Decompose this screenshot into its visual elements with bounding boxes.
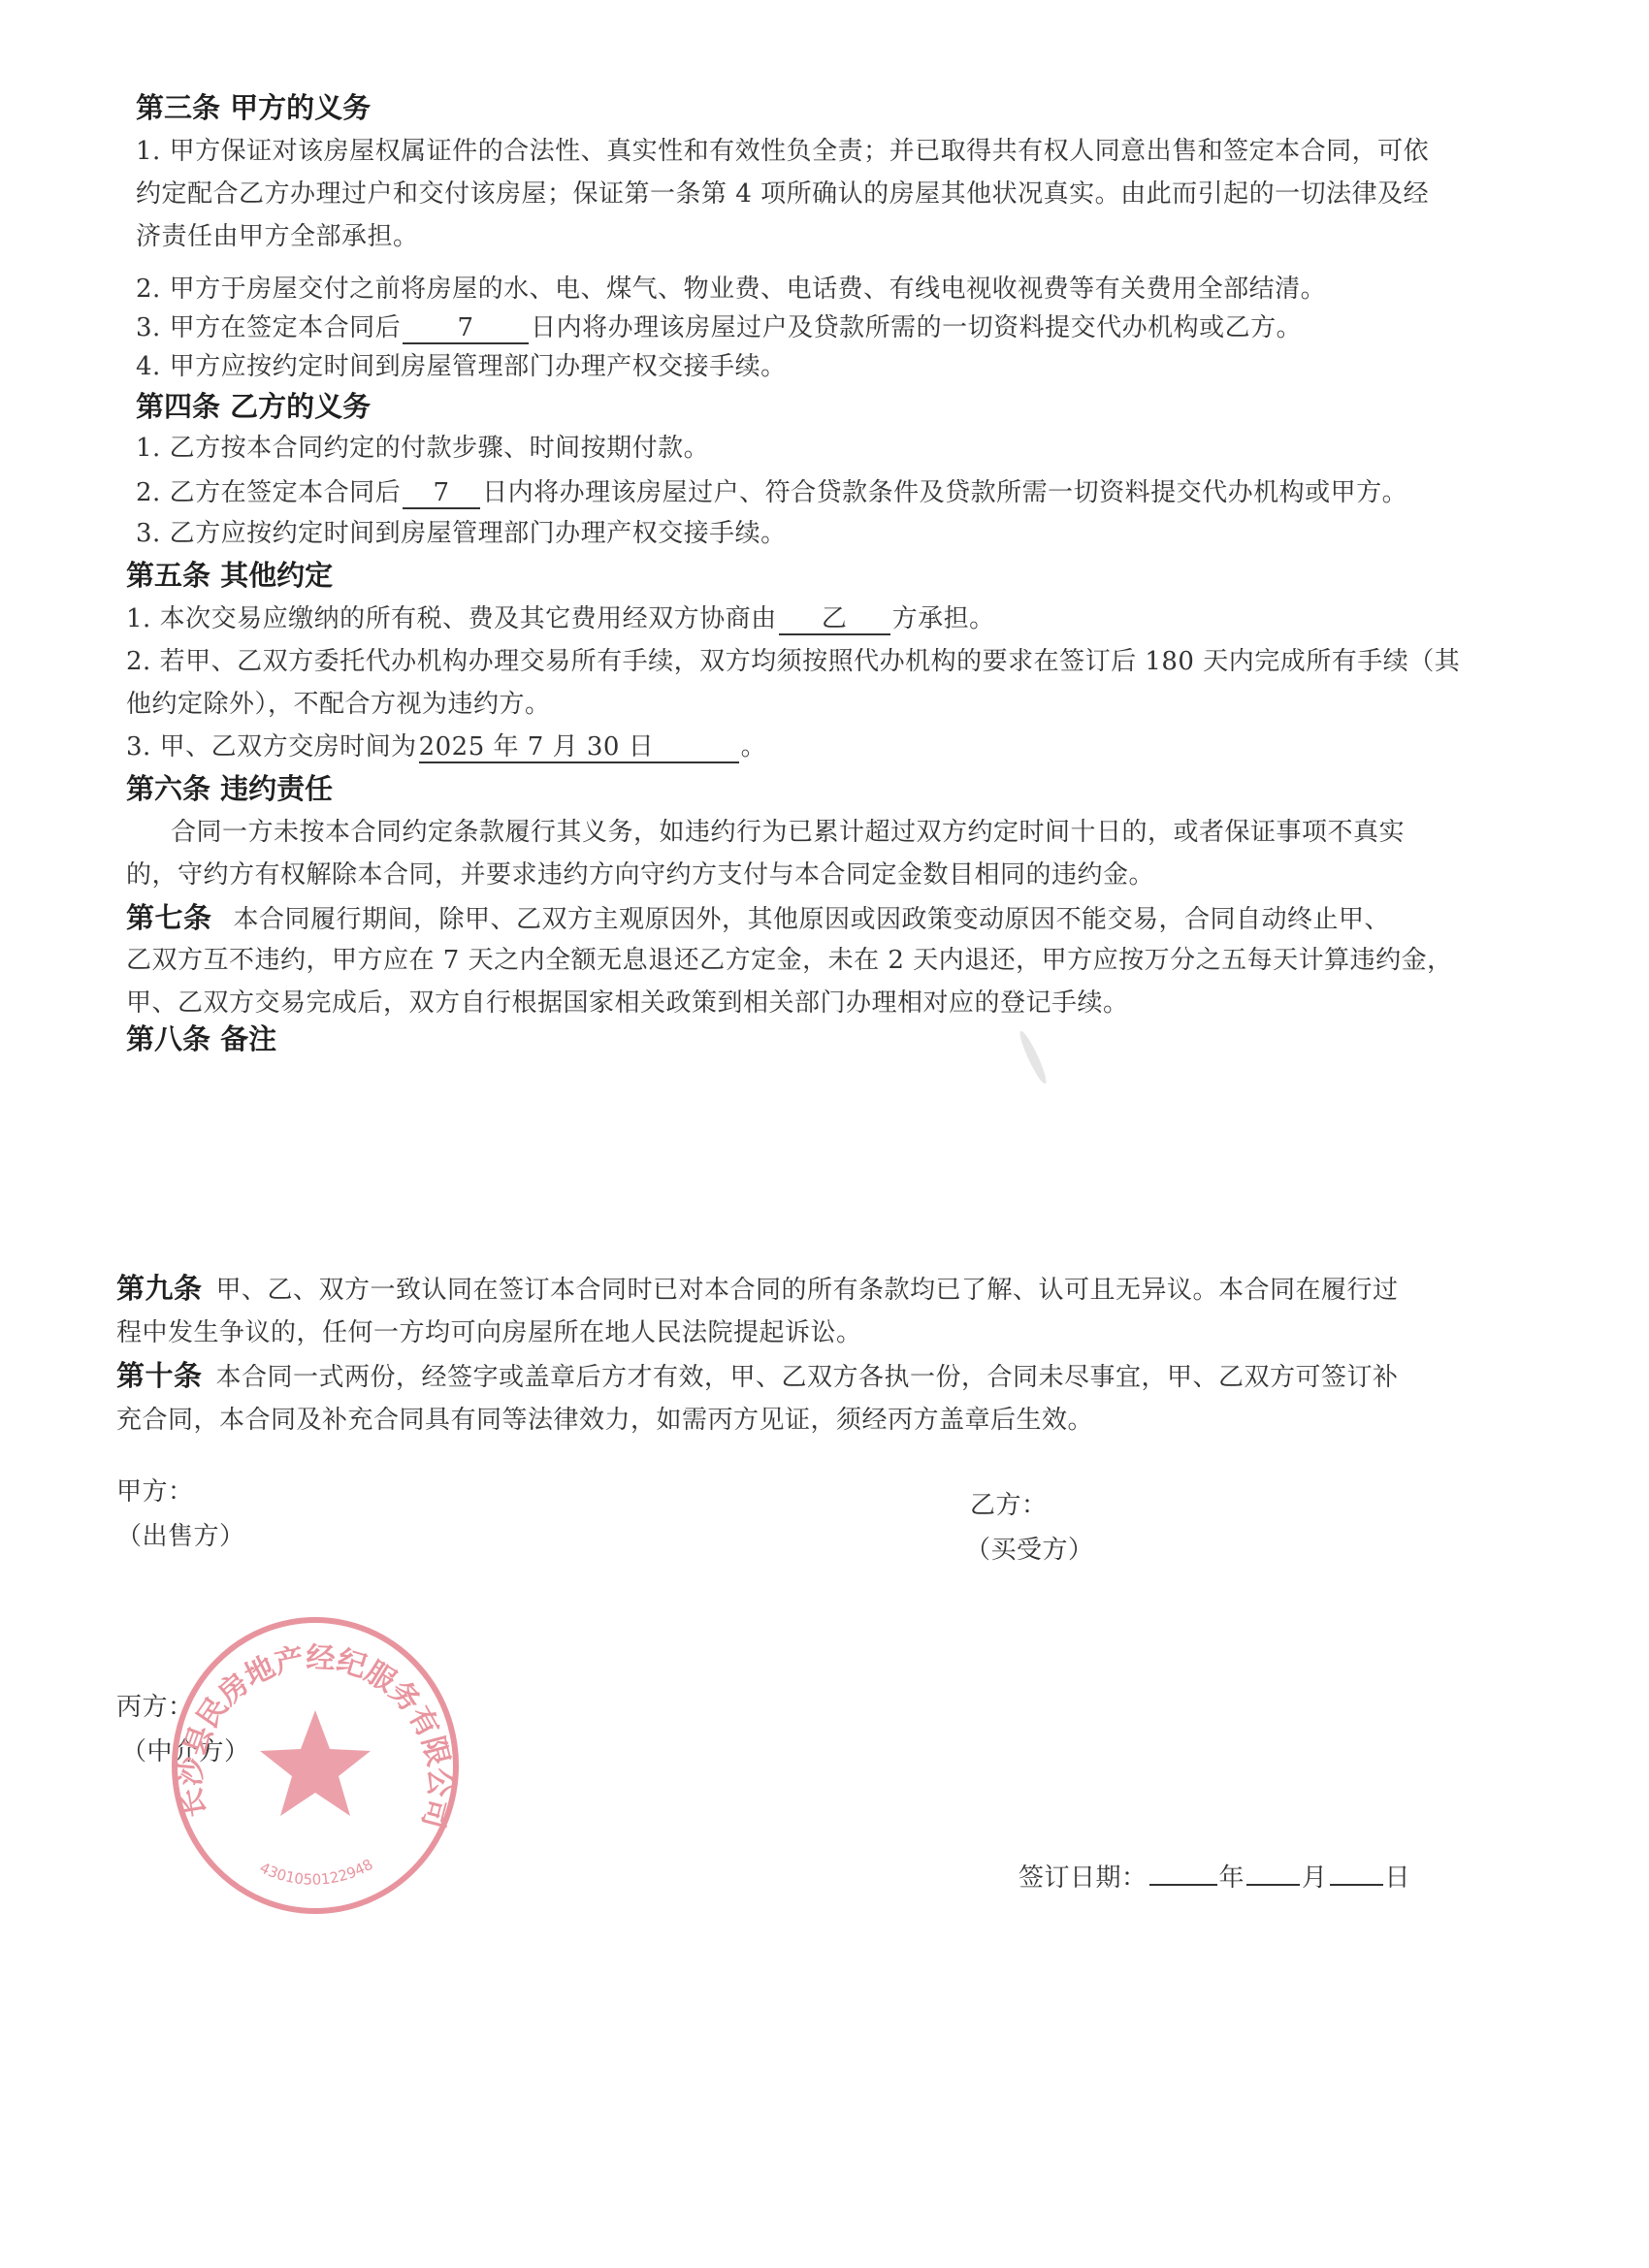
article9-line2: 程中发生争议的，任何一方均可向房屋所在地人民法院提起诉讼。 bbox=[116, 1315, 862, 1350]
article4-item2-suffix: 日内将办理该房屋过户、符合贷款条件及贷款所需一切资料提交代办机构或甲方。 bbox=[482, 478, 1407, 507]
article4-heading: 第四条 乙方的义务 bbox=[136, 388, 371, 425]
contract-page: 第三条 甲方的义务 1. 甲方保证对该房屋权属证件的合法性、真实性和有效性负全责… bbox=[0, 0, 1649, 2268]
article3-item1-line1: 1. 甲方保证对该房屋权属证件的合法性、真实性和有效性负全责；并已取得共有权人同… bbox=[136, 134, 1429, 169]
article3-item1-line2: 约定配合乙方办理过户和交付该房屋；保证第一条第 4 项所确认的房屋其他状况真实。… bbox=[136, 177, 1429, 211]
sign-day-unit: 日 bbox=[1385, 1863, 1411, 1893]
party-b-label: 乙方： bbox=[970, 1488, 1048, 1523]
company-seal-stamp: 长沙县民房地产经纪服务有限公司 4301050122948 bbox=[165, 1610, 466, 1921]
sign-date: 签订日期：年月日 bbox=[1018, 1861, 1410, 1895]
article4-item1: 1. 乙方按本合同约定的付款步骤、时间按期付款。 bbox=[136, 431, 709, 466]
article4-item2-days-field: 7 bbox=[403, 478, 480, 509]
article9-line1: 第九条甲、乙、双方一致认同在签订本合同时已对本合同的所有条款均已了解、认可且无异… bbox=[116, 1271, 1399, 1308]
sign-year-field bbox=[1149, 1884, 1217, 1886]
scan-smudge bbox=[1017, 1029, 1050, 1086]
article10-line1-text: 本合同一式两份，经签字或盖章后方才有效，甲、乙双方各执一份，合同未尽事宜，甲、乙… bbox=[216, 1363, 1399, 1392]
article7-line3: 甲、乙双方交易完成后，双方自行根据国家相关政策到相关部门办理相对应的登记手续。 bbox=[126, 986, 1129, 1021]
article10-heading: 第十条 bbox=[116, 1359, 203, 1392]
article5-item3-prefix: 3. 甲、乙双方交房时间为 bbox=[126, 732, 417, 761]
article5-item2-line1: 2. 若甲、乙双方委托代办机构办理交易所有手续，双方均须按照代办机构的要求在签订… bbox=[126, 644, 1460, 679]
sign-month-unit: 月 bbox=[1302, 1863, 1328, 1893]
party-a-role: （出售方） bbox=[116, 1519, 245, 1554]
party-a-label: 甲方： bbox=[116, 1474, 194, 1509]
article3-item2: 2. 甲方于房屋交付之前将房屋的水、电、煤气、物业费、电话费、有线电视收视费等有… bbox=[136, 272, 1326, 307]
article5-item1: 1. 本次交易应缴纳的所有税、费及其它费用经双方协商由乙方承担。 bbox=[126, 601, 995, 636]
article4-item2: 2. 乙方在签定本合同后7日内将办理该房屋过户、符合贷款条件及贷款所需一切资料提… bbox=[136, 475, 1407, 510]
sign-month-field bbox=[1246, 1884, 1300, 1886]
article5-item3-date-field: 2025 年 7 月 30 日 bbox=[419, 732, 739, 763]
article5-item3-suffix: 。 bbox=[741, 732, 767, 761]
article3-item1-line3: 济责任由甲方全部承担。 bbox=[136, 219, 419, 254]
article5-item1-prefix: 1. 本次交易应缴纳的所有税、费及其它费用经双方协商由 bbox=[126, 604, 777, 633]
article7-line2: 乙双方互不违约，甲方应在 7 天之内全额无息退还乙方定金，未在 2 天内退还，甲… bbox=[126, 943, 1453, 978]
article4-item3: 3. 乙方应按约定时间到房屋管理部门办理产权交接手续。 bbox=[136, 516, 787, 551]
sign-day-field bbox=[1330, 1884, 1383, 1886]
star-icon bbox=[260, 1710, 371, 1816]
article3-heading: 第三条 甲方的义务 bbox=[136, 89, 371, 126]
article6-heading: 第六条 违约责任 bbox=[126, 770, 333, 807]
article6-line2: 的，守约方有权解除本合同，并要求违约方向守约方支付与本合同定金数目相同的违约金。 bbox=[126, 858, 1154, 892]
article4-item2-prefix: 2. 乙方在签定本合同后 bbox=[136, 478, 401, 507]
article3-item3-suffix: 日内将办理该房屋过户及贷款所需的一切资料提交代办机构或乙方。 bbox=[531, 313, 1302, 342]
article5-item1-party-field: 乙 bbox=[779, 604, 890, 635]
article6-line1: 合同一方未按本合同约定条款履行其义务，如违约行为已累计超过双方约定时间十日的，或… bbox=[171, 815, 1405, 850]
article3-item3: 3. 甲方在签定本合同后7日内将办理该房屋过户及贷款所需的一切资料提交代办机构或… bbox=[136, 310, 1302, 345]
seal-code-text: 4301050122948 bbox=[257, 1856, 376, 1889]
article3-item4: 4. 甲方应按约定时间到房屋管理部门办理产权交接手续。 bbox=[136, 349, 787, 384]
sign-date-label: 签订日期： bbox=[1018, 1863, 1148, 1893]
article7-line1-text: 本合同履行期间，除甲、乙双方主观原因外，其他原因或因政策变动原因不能交易，合同自… bbox=[234, 905, 1391, 934]
article10-line1: 第十条本合同一式两份，经签字或盖章后方才有效，甲、乙双方各执一份，合同未尽事宜，… bbox=[116, 1358, 1399, 1395]
sign-year-unit: 年 bbox=[1219, 1863, 1245, 1893]
article8-heading: 第八条 备注 bbox=[126, 1021, 276, 1057]
article7-line1: 第七条本合同履行期间，除甲、乙双方主观原因外，其他原因或因政策变动原因不能交易，… bbox=[126, 900, 1390, 937]
article5-item1-suffix: 方承担。 bbox=[892, 604, 995, 633]
article5-item3: 3. 甲、乙双方交房时间为2025 年 7 月 30 日。 bbox=[126, 729, 766, 764]
article9-line1-text: 甲、乙、双方一致认同在签订本合同时已对本合同的所有条款均已了解、认可且无异议。本… bbox=[216, 1276, 1399, 1305]
article3-item3-prefix: 3. 甲方在签定本合同后 bbox=[136, 313, 401, 342]
article7-heading: 第七条 bbox=[126, 901, 212, 934]
article3-item3-days-field: 7 bbox=[403, 313, 529, 344]
article9-heading: 第九条 bbox=[116, 1272, 203, 1305]
article10-line2: 充合同，本合同及补充合同具有同等法律效力，如需丙方见证，须经丙方盖章后生效。 bbox=[116, 1403, 1093, 1438]
article5-item2-line2: 他约定除外），不配合方视为违约方。 bbox=[126, 687, 551, 722]
article5-heading: 第五条 其他约定 bbox=[126, 557, 333, 594]
party-b-role: （买受方） bbox=[965, 1533, 1094, 1568]
